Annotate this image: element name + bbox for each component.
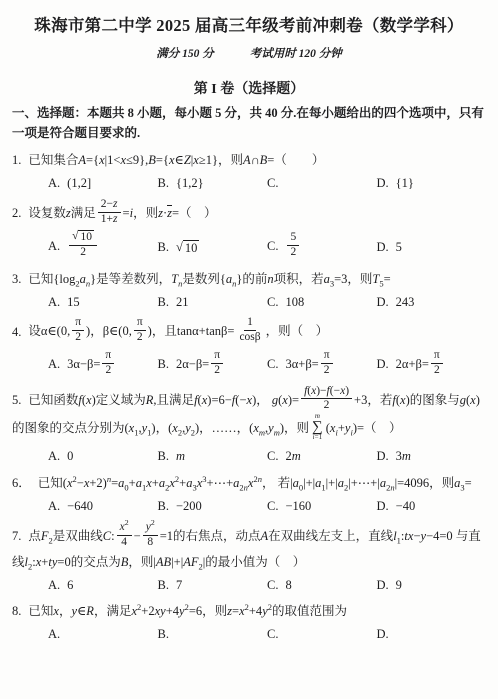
option-a: A.6	[48, 576, 158, 595]
option-d: D.243	[377, 293, 487, 312]
option-d: D.−40	[377, 497, 487, 516]
question-item-6: 6．已知(x2−x+2)n=a0+a1x+a2x2+a3x3+⋯+a2nx2n，…	[12, 473, 486, 516]
question-stem: 5.已知函数f(x)定义域为R,且满足f(x)=6−f(−x)， g(x)=f(…	[12, 387, 486, 444]
question-item-4: 4.设α∈(0,π2)，β∈(0,π2)，且tanα+tanβ=1cosβ，则（…	[12, 318, 486, 379]
option-a: A.3α−β=π2	[48, 351, 158, 380]
option-label: D.	[377, 295, 389, 309]
exam-meta: 满分 150 分考试用时 120 分钟	[12, 45, 486, 61]
option-d: D.2α+β=π2	[377, 351, 487, 380]
options-row: A.15B.21C.108D.243	[12, 293, 486, 312]
option-b: B.7	[158, 576, 268, 595]
option-label: A.	[48, 449, 60, 463]
questions: 1.已知集合A={x|1<x≤9},B={x∈Z|x≥1}，则A∩B=（ ）A.…	[12, 150, 486, 644]
full-score-label: 满分 150 分	[156, 48, 214, 60]
option-label: B.	[158, 240, 169, 254]
question-stem: 3.已知{log2an}是等差数列，Tn是数列{an}的前n项积，若a3=3，则…	[12, 269, 486, 289]
option-b: B.{1,2}	[158, 174, 268, 193]
option-label: A.	[48, 239, 60, 253]
option-label: C.	[267, 357, 278, 371]
options-row: A.√102B.√10C.52D.5	[12, 232, 486, 261]
option-label: A.	[48, 499, 60, 513]
question-stem: 4.设α∈(0,π2)，β∈(0,π2)，且tanα+tanβ=1cosβ，则（…	[12, 318, 486, 347]
option-label: D.	[377, 499, 389, 513]
question-stem: 2.设复数z满足2−z1+z=i，则z·z=（ ）	[12, 200, 486, 229]
exam-page: 珠海市第二中学 2025 届高三年级考前冲刺卷（数学学科） 满分 150 分考试…	[0, 0, 498, 644]
sqrt: √10	[72, 230, 94, 244]
option-label: B.	[158, 449, 169, 463]
question-item-2: 2.设复数z满足2−z1+z=i，则z·z=（ ）A.√102B.√10C.52…	[12, 200, 486, 262]
option-label: D.	[377, 357, 389, 371]
question-number: 8.	[12, 604, 21, 618]
option-a: A.−640	[48, 497, 158, 516]
section-title: 第 I 卷（选择题）	[12, 78, 486, 98]
options-row: A.6B.7C.8D.9	[12, 576, 486, 595]
option-d: D.{1}	[377, 174, 487, 193]
option-c: C.52	[267, 233, 377, 262]
question-number: 7.	[12, 529, 21, 543]
fraction: 52	[287, 231, 299, 260]
page-title: 珠海市第二中学 2025 届高三年级考前冲刺卷（数学学科）	[12, 12, 486, 36]
options-row: A.−640B.−200C.−160D.−40	[12, 497, 486, 516]
option-label: A.	[48, 176, 60, 190]
question-stem: 8.已知x，y∈R，满足x2+2xy+4y2=6，则z=x2+4y2的取值范围为	[12, 601, 486, 621]
summation: m∑i=1	[312, 413, 323, 441]
fraction: π2	[134, 316, 146, 345]
option-d: D.9	[377, 576, 487, 595]
option-label: D.	[377, 176, 389, 190]
option-label: D.	[377, 627, 389, 641]
option-label: A.	[48, 578, 60, 592]
fraction: π2	[321, 349, 333, 378]
fraction: y28	[143, 521, 158, 550]
sqrt: √10	[176, 240, 199, 255]
option-d: D.5	[377, 238, 487, 257]
question-stem: 7.点F2是双曲线C:x24−y28=1的右焦点，动点A在双曲线左支上，直线l1…	[12, 523, 486, 572]
option-a: A.15	[48, 293, 158, 312]
option-b: B.2α−β=π2	[158, 351, 268, 380]
option-label: C.	[267, 499, 278, 513]
option-label: D.	[377, 578, 389, 592]
options-row: A.0B.mC.2mD.3m	[12, 447, 486, 466]
section-instructions: 一、选择题：本题共 8 小题，每小题 5 分，共 40 分.在每小题给出的四个选…	[12, 103, 486, 143]
duration-label: 考试用时 120 分钟	[250, 48, 342, 60]
option-label: D.	[377, 449, 389, 463]
option-label: C.	[267, 627, 278, 641]
option-label: A.	[48, 627, 60, 641]
question-stem: 1.已知集合A={x|1<x≤9},B={x∈Z|x≥1}，则A∩B=（ ）	[12, 150, 486, 170]
question-number: 6．	[12, 476, 31, 490]
fraction: x24	[117, 521, 132, 550]
option-c: C.2m	[267, 447, 377, 466]
option-label: B.	[158, 357, 169, 371]
question-item-7: 7.点F2是双曲线C:x24−y28=1的右焦点，动点A在双曲线左支上，直线l1…	[12, 523, 486, 594]
option-a: A.(1,2]	[48, 174, 158, 193]
question-item-1: 1.已知集合A={x|1<x≤9},B={x∈Z|x≥1}，则A∩B=（ ）A.…	[12, 150, 486, 193]
question-item-3: 3.已知{log2an}是等差数列，Tn是数列{an}的前n项积，若a3=3，则…	[12, 269, 486, 312]
option-label: B.	[158, 295, 169, 309]
option-d: D.	[377, 625, 487, 644]
options-row: A.B.C.D.	[12, 625, 486, 644]
option-label: B.	[158, 627, 169, 641]
option-b: B.−200	[158, 497, 268, 516]
options-row: A.3α−β=π2B.2α−β=π2C.3α+β=π2D.2α+β=π2	[12, 351, 486, 380]
option-c: C.−160	[267, 497, 377, 516]
option-label: B.	[158, 176, 169, 190]
option-c: C.108	[267, 293, 377, 312]
option-label: A.	[48, 357, 60, 371]
fraction: f(x)−f(−x)2	[301, 385, 352, 414]
option-c: C.3α+β=π2	[267, 351, 377, 380]
overline: z	[167, 205, 172, 220]
option-c: C.8	[267, 576, 377, 595]
fraction: π2	[211, 349, 223, 378]
option-label: B.	[158, 499, 169, 513]
option-b: B.	[158, 625, 268, 644]
fraction: 1cosβ	[236, 316, 263, 345]
fraction: π2	[431, 349, 443, 378]
question-stem: 6．已知(x2−x+2)n=a0+a1x+a2x2+a3x3+⋯+a2nx2n，…	[12, 473, 486, 493]
option-b: B.√10	[158, 238, 268, 257]
option-label: C.	[267, 578, 278, 592]
option-a: A.0	[48, 447, 158, 466]
option-label: A.	[48, 295, 60, 309]
question-number: 4.	[12, 325, 21, 339]
option-c: C.	[267, 625, 377, 644]
options-row: A.(1,2]B.{1,2}C.D.{1}	[12, 174, 486, 193]
question-number: 2.	[12, 206, 21, 220]
option-label: C.	[267, 176, 278, 190]
option-b: B.21	[158, 293, 268, 312]
question-number: 1.	[12, 153, 21, 167]
question-item-5: 5.已知函数f(x)定义域为R,且满足f(x)=6−f(−x)， g(x)=f(…	[12, 387, 486, 467]
fraction: 2−z1+z	[98, 198, 121, 227]
option-d: D.3m	[377, 447, 487, 466]
question-number: 3.	[12, 272, 21, 286]
option-a: A.	[48, 625, 158, 644]
option-b: B.m	[158, 447, 268, 466]
option-c: C.	[267, 174, 377, 193]
option-label: C.	[267, 295, 278, 309]
option-label: C.	[267, 239, 278, 253]
option-label: C.	[267, 449, 278, 463]
option-label: D.	[377, 240, 389, 254]
question-item-8: 8.已知x，y∈R，满足x2+2xy+4y2=6，则z=x2+4y2的取值范围为…	[12, 601, 486, 644]
fraction: √102	[69, 230, 97, 259]
option-label: B.	[158, 578, 169, 592]
question-number: 5.	[12, 393, 21, 407]
fraction: π2	[72, 316, 84, 345]
option-a: A.√102	[48, 232, 158, 261]
fraction: π2	[102, 349, 114, 378]
